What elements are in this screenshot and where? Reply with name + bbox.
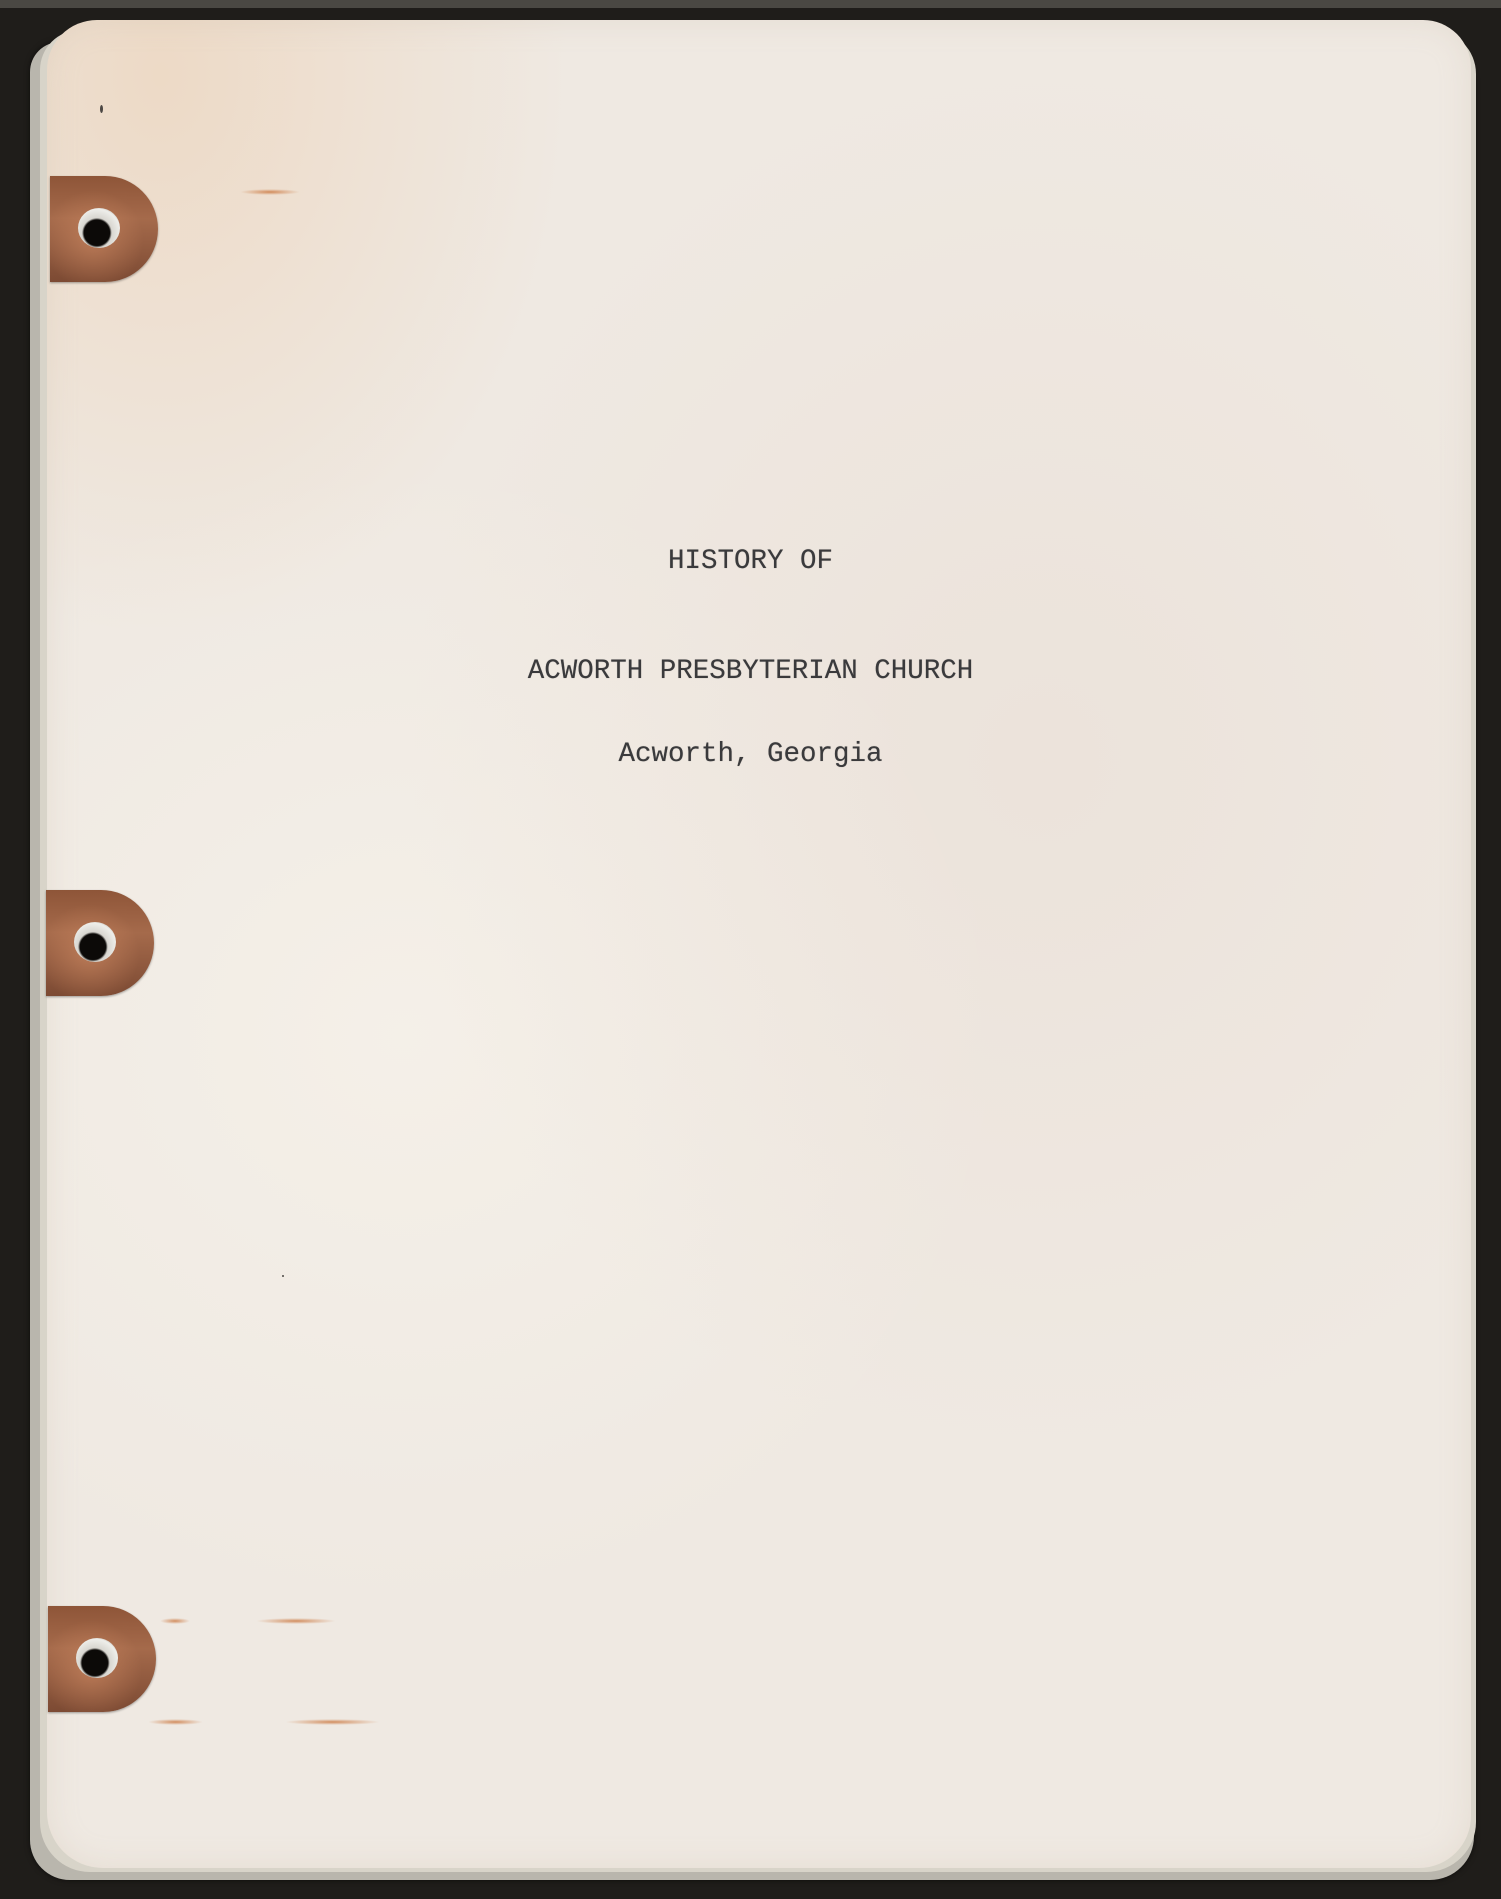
title-line-history-of: HISTORY OF [0, 548, 1501, 576]
rust-stain [256, 1618, 336, 1624]
binding-clip-bottom [48, 1606, 156, 1712]
title-line-church-name: ACWORTH PRESBYTERIAN CHURCH [0, 658, 1501, 686]
paper-speck [282, 1275, 284, 1277]
rust-stain [160, 1618, 190, 1624]
binding-hole-icon [76, 1638, 118, 1678]
title-line-location: Acworth, Georgia [0, 741, 1501, 769]
rust-stain [285, 1719, 380, 1725]
binding-hole-icon [74, 922, 116, 962]
binding-hole-icon [78, 208, 120, 248]
binding-clip-middle [46, 890, 154, 996]
paper-speck [100, 105, 103, 113]
title-page [47, 20, 1471, 1868]
binding-clip-top [50, 176, 158, 282]
rust-stain [148, 1719, 203, 1725]
scanner-backdrop-edge [0, 0, 1501, 8]
rust-stain [240, 189, 300, 195]
